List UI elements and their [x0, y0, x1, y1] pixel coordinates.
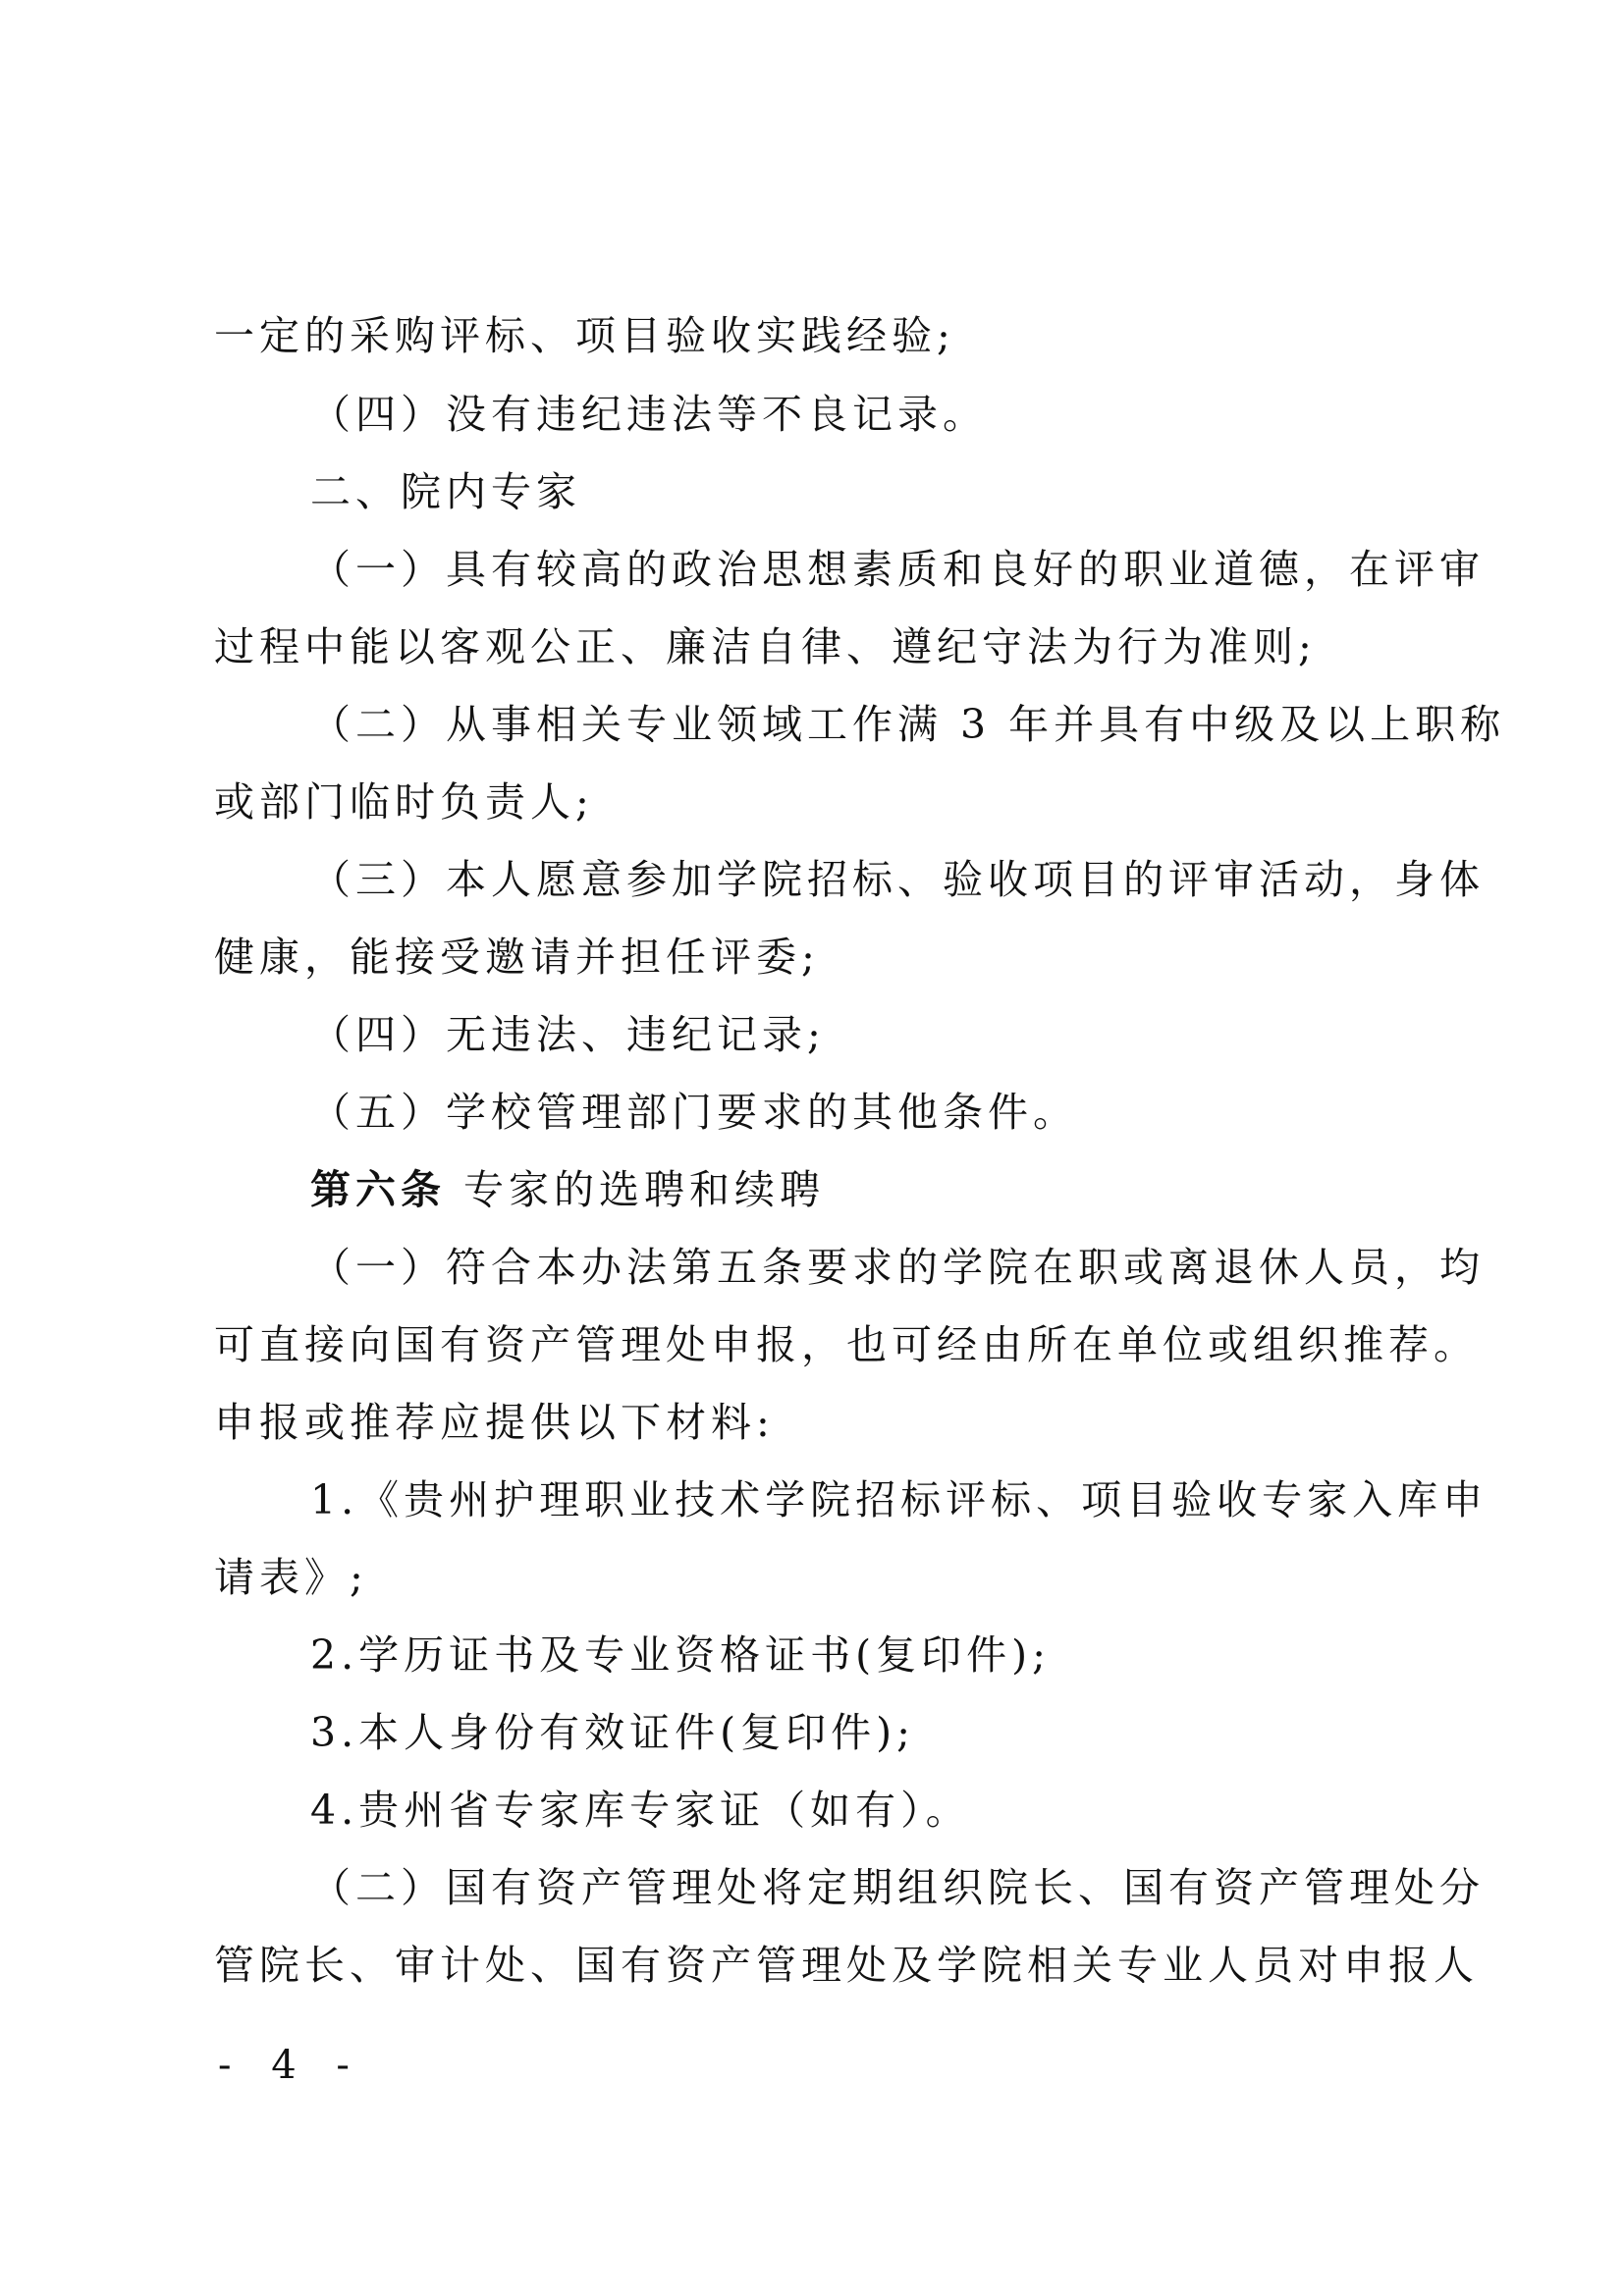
text-line: （四）无违法、违纪记录; [310, 1011, 1424, 1058]
text-line: （四）没有违纪违法等不良记录。 [310, 391, 1424, 438]
list-item: 4.贵州省专家库专家证（如有）。 [310, 1787, 1424, 1834]
text-line: 健康，能接受邀请并担任评委; [214, 934, 1424, 981]
section-heading: 二、院内专家 [310, 468, 1424, 515]
text-line: 管院长、审计处、国有资产管理处及学院相关专业人员对申报人 [214, 1942, 1424, 1989]
document-page: 一定的采购评标、项目验收实践经验; （四）没有违纪违法等不良记录。 二、院内专家… [0, 0, 1624, 2296]
text-line: （一）具有较高的政治思想素质和良好的职业道德，在评审 [310, 546, 1424, 593]
article-number: 第六条 [310, 1166, 446, 1213]
text-line: 一定的采购评标、项目验收实践经验; [214, 312, 1424, 359]
text-line: 申报或推荐应提供以下材料: [214, 1399, 1424, 1446]
text-line: （三）本人愿意参加学院招标、验收项目的评审活动，身体 [310, 856, 1424, 903]
text-line: 可直接向国有资产管理处申报，也可经由所在单位或组织推荐。 [214, 1321, 1424, 1368]
text-line: （二）从事相关专业领域工作满 3 年并具有中级及以上职称 [310, 701, 1424, 748]
text-line: （一）符合本办法第五条要求的学院在职或离退休人员，均 [310, 1244, 1424, 1291]
text-line: 请表》; [214, 1554, 1424, 1601]
text-line: （二）国有资产管理处将定期组织院长、国有资产管理处分 [310, 1864, 1424, 1911]
list-item: 3.本人身份有效证件(复印件); [310, 1709, 1424, 1756]
list-item: 1.《贵州护理职业技术学院招标评标、项目验收专家入库申 [310, 1476, 1424, 1523]
list-item: 2.学历证书及专业资格证书(复印件); [310, 1631, 1424, 1679]
text-line: （五）学校管理部门要求的其他条件。 [310, 1089, 1424, 1136]
text-line: 过程中能以客观公正、廉洁自律、遵纪守法为行为准则; [214, 623, 1424, 670]
text-line: 或部门临时负责人; [214, 778, 1424, 826]
page-number: - 4 - [218, 2042, 363, 2089]
article-title: 专家的选聘和续聘 [446, 1166, 825, 1213]
article-heading: 第六条 专家的选聘和续聘 [310, 1166, 1424, 1213]
